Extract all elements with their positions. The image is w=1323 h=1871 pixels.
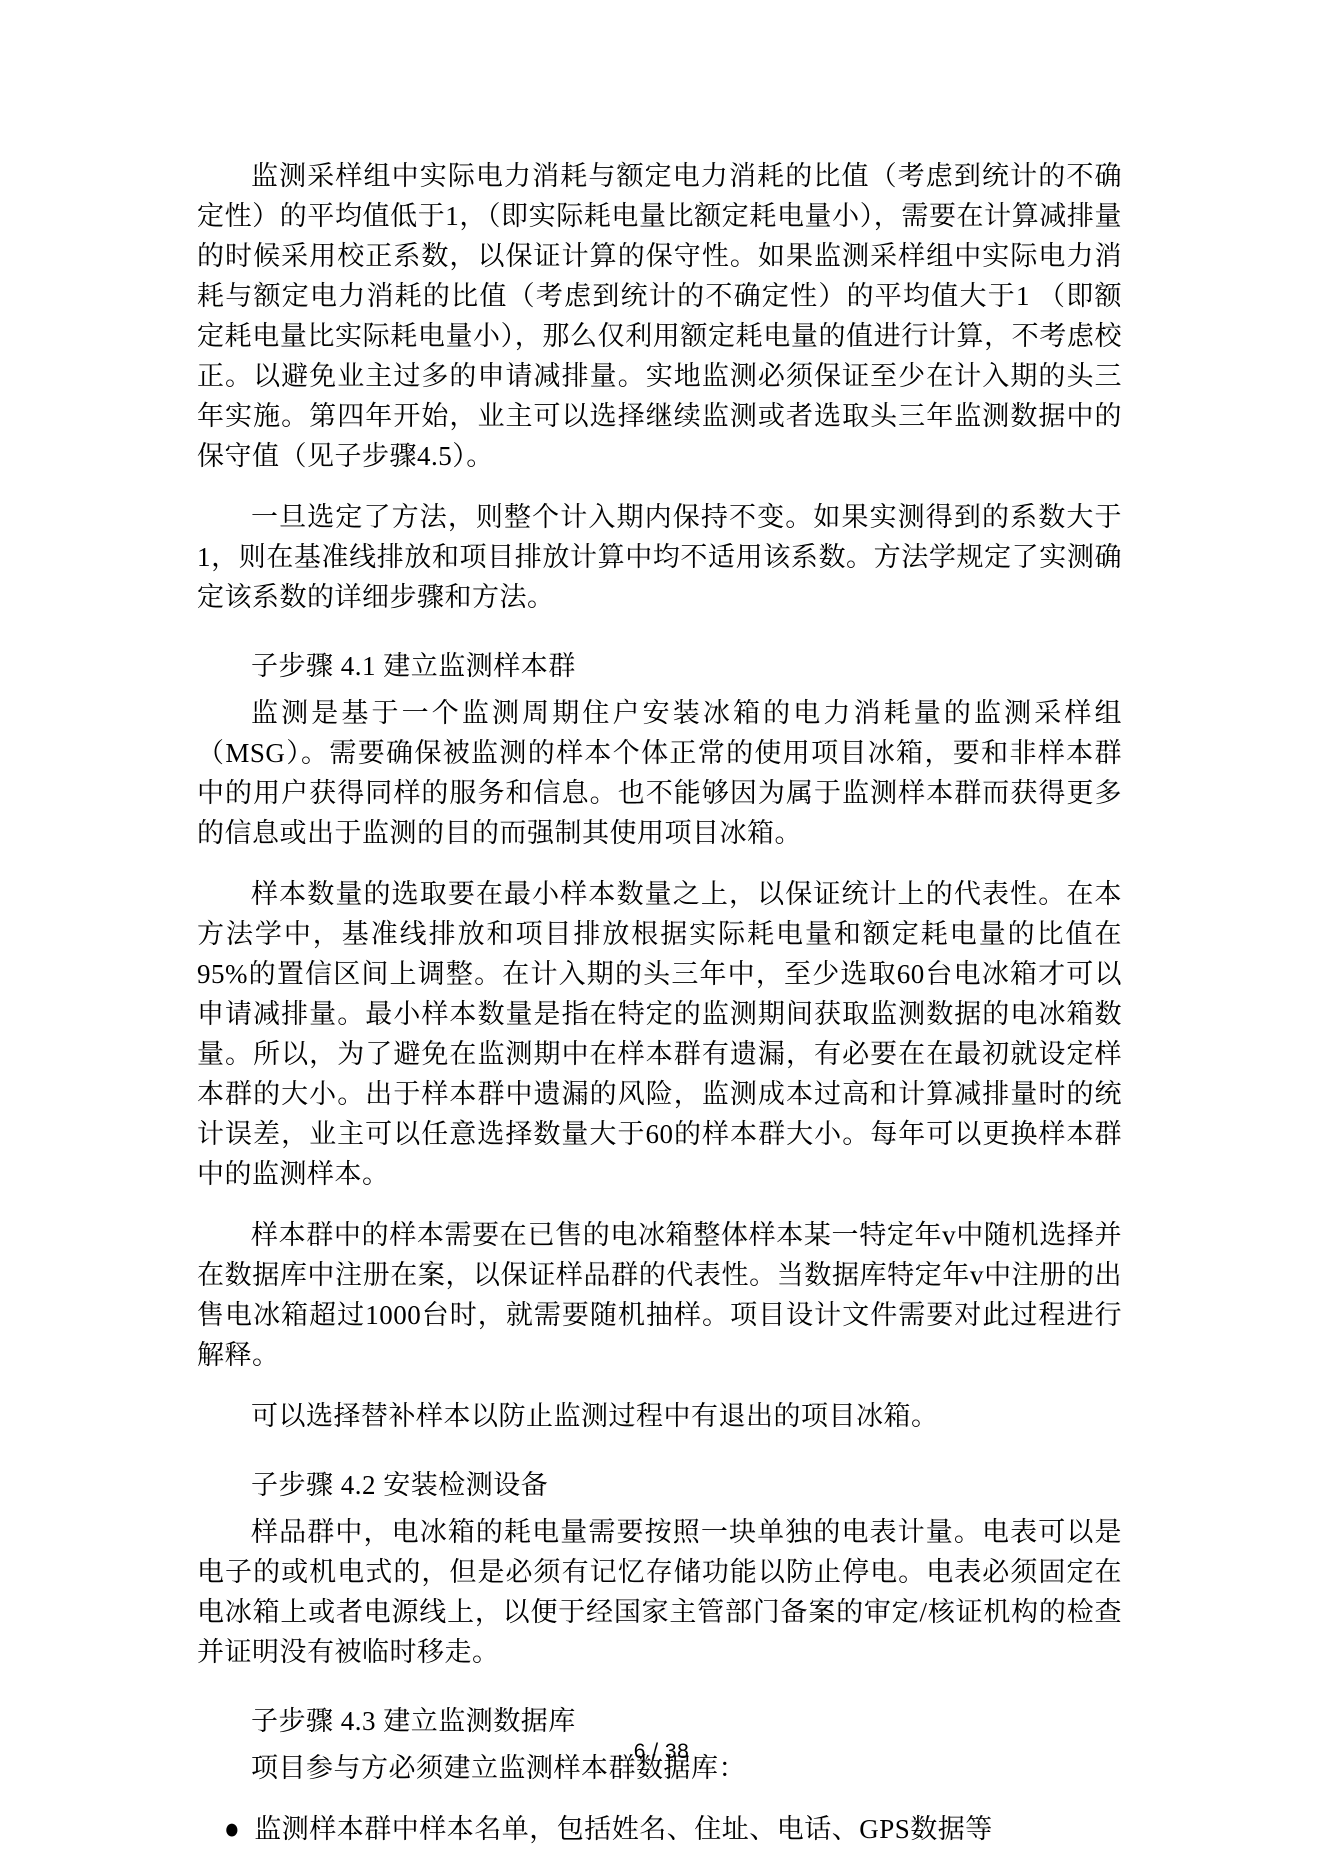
- bullet-icon: ●: [224, 1806, 240, 1852]
- paragraph: 样品群中，电冰箱的耗电量需要按照一块单独的电表计量。电表可以是电子的或机电式的，…: [197, 1512, 1122, 1672]
- section-heading: 子步骤 4.3 建立监测数据库: [197, 1701, 1122, 1741]
- section-heading: 子步骤 4.2 安装检测设备: [197, 1465, 1122, 1505]
- bullet-text: 监测样本群中样本名单，包括姓名、住址、电话、GPS数据等: [254, 1814, 993, 1844]
- page-number: 6 / 38: [0, 1740, 1323, 1764]
- paragraph: 可以选择替补样本以防止监测过程中有退出的项目冰箱。: [197, 1396, 1122, 1436]
- paragraph: 监测是基于一个监测周期住户安装冰箱的电力消耗量的监测采样组（MSG）。需要确保被…: [197, 693, 1122, 853]
- document-content: 监测采样组中实际电力消耗与额定电力消耗的比值（考虑到统计的不确定性）的平均值低于…: [197, 156, 1122, 1871]
- paragraph: 样本数量的选取要在最小样本数量之上，以保证统计上的代表性。在本方法学中，基准线排…: [197, 874, 1122, 1194]
- paragraph: 监测采样组中实际电力消耗与额定电力消耗的比值（考虑到统计的不确定性）的平均值低于…: [197, 156, 1122, 476]
- paragraph: 一旦选定了方法，则整个计入期内保持不变。如果实测得到的系数大于1，则在基准线排放…: [197, 497, 1122, 617]
- paragraph: 样本群中的样本需要在已售的电冰箱整体样本某一特定年v中随机选择并在数据库中注册在…: [197, 1215, 1122, 1375]
- document-page: 监测采样组中实际电力消耗与额定电力消耗的比值（考虑到统计的不确定性）的平均值低于…: [0, 0, 1323, 1871]
- bullet-item: ●监测样本群中样本名单，包括姓名、住址、电话、GPS数据等: [197, 1809, 1122, 1850]
- section-heading: 子步骤 4.1 建立监测样本群: [197, 646, 1122, 686]
